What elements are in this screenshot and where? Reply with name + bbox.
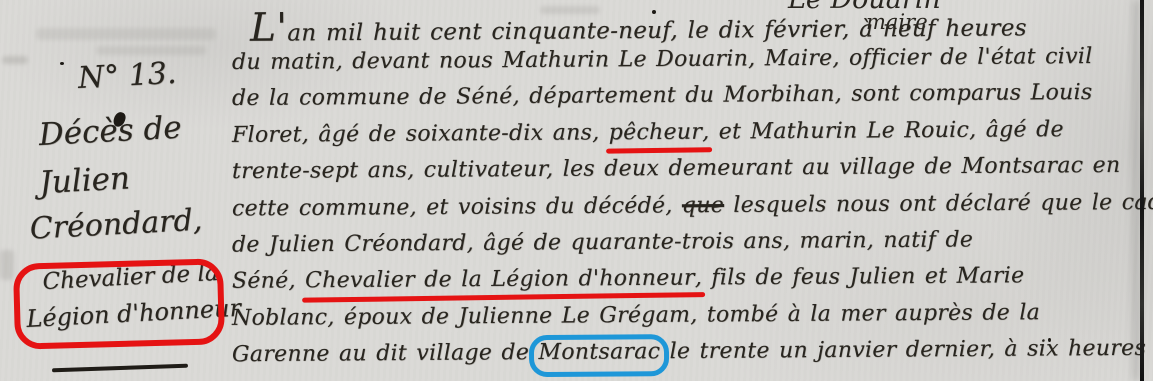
text-segment: Noblanc, époux de Julienne Le Grégam, to… — [232, 300, 1040, 331]
red-circle-annotation — [13, 258, 225, 349]
text-segment: Garenne au dit village de — [232, 340, 539, 367]
handwritten-line: du matin, devant nous Mathurin Le Douari… — [232, 44, 1093, 75]
text-segment: cette commune, et voisins du décédé, — [232, 193, 682, 221]
handwritten-line: Séné, Chevalier de la Légion d'honneur, … — [232, 263, 1025, 294]
text-segment: de la commune de Séné, département du Mo… — [232, 80, 1093, 111]
text-segment: de Julien Créondard, âgé de quarante-tro… — [232, 227, 973, 257]
act-number: N° 13. — [77, 56, 177, 96]
text-strikethrough: que — [682, 193, 724, 218]
margin-line: Julien — [38, 160, 130, 201]
handwritten-line: Noblanc, époux de Julienne Le Grégam, to… — [232, 300, 1040, 331]
text-segment: Séné, — [232, 268, 305, 294]
text-segment: , fils de feus Julien et Marie — [695, 263, 1025, 290]
text-blue-box: Montsarac — [538, 340, 660, 366]
text-segment: le trente un janvier dernier, à six heur… — [660, 336, 1146, 364]
text-segment: du matin, devant nous Mathurin Le Douari… — [232, 44, 1093, 75]
handwritten-line: trente-sept ans, cultivateur, les deux d… — [232, 153, 1121, 184]
handwritten-line: de la commune de Séné, département du Mo… — [232, 80, 1093, 111]
text-segment: trente-sept ans, cultivateur, les deux d… — [232, 153, 1121, 184]
text-segment: Floret, âgé de soixante-dix ans, — [232, 120, 609, 148]
handwritten-line: cette commune, et voisins du décédé, que… — [232, 190, 1153, 222]
handwritten-line: de Julien Créondard, âgé de quarante-tro… — [232, 227, 973, 257]
handwritten-line: Garenne au dit village de Montsarac le t… — [232, 336, 1146, 367]
margin-line: Créondard, — [29, 203, 203, 247]
text-red-underline: pêcheur — [609, 119, 703, 145]
page-edge-line — [1140, 0, 1144, 381]
handwritten-line: Floret, âgé de soixante-dix ans, pêcheur… — [232, 117, 1064, 148]
text-segment: L'an mil huit cent cinquante-neuf, le di… — [250, 15, 1027, 46]
document-scan: Le Douarin maire N° 13. Décès deJulienCr… — [0, 0, 1153, 381]
text-segment: lesquels nous ont déclaré que le cadavre — [724, 190, 1153, 218]
text-red-underline: Chevalier de la Légion d'honneur — [305, 266, 695, 294]
text-segment: , et Mathurin Le Rouic, âgé de — [702, 117, 1064, 145]
handwritten-line: L'an mil huit cent cinquante-neuf, le di… — [250, 7, 1027, 46]
margin-line: Décès de — [38, 110, 183, 153]
